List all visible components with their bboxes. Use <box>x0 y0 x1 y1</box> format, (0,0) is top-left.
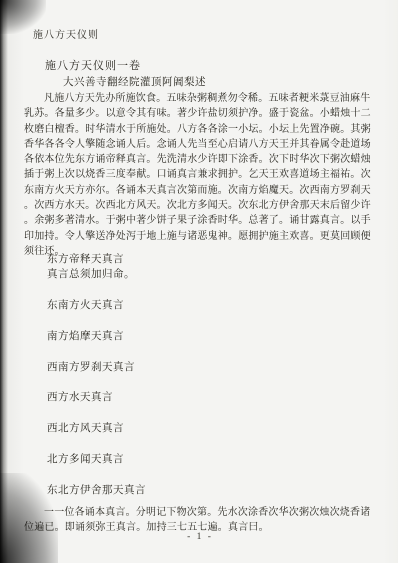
text-line: 乳苏。各量多少。以意令其有味。著少许盐切须护净。盛于瓷盆。小蜡烛十二 <box>24 106 376 121</box>
text-line: 香华各各令人擎随念诵人后。念诵人先当至心启请八方天王并其眷属令赴道场 <box>24 137 376 152</box>
mantra-heading: 北方多闻天真言 <box>47 452 146 467</box>
mantra-heading: 东南方火天真言 <box>47 298 146 313</box>
paragraph-ritual-instructions: 凡施八方天先办所施饮食。五味杂粥稠煮勿令稀。五味者粳米菉豆油麻牛乳苏。各量多少。… <box>24 91 376 259</box>
text-line: 东方帝释天真言 <box>47 252 135 267</box>
text-line: 各依本位先东方诵帝释真言。先洗清水少许即下涂香。次下时华次下粥次蜡烛 <box>24 152 376 167</box>
document-title: 施八方天仪则一卷 <box>45 57 141 73</box>
text-line: 一一位各诵本真言。分明记下物次第。先水次涂香次华次粥次烛次烧香诸 <box>24 505 376 520</box>
text-line: 东南方火天方亦尔。各诵本天真言次第而施。次南方焰魔天。次西南方罗刹天 <box>24 183 376 198</box>
mantra-heading: 西北方风天真言 <box>47 421 146 436</box>
scan-shadow-bottom-left <box>0 473 58 563</box>
text-line: 凡施八方天先办所施饮食。五味杂粥稠煮勿令稀。五味者粳米菉豆油麻牛 <box>24 91 376 106</box>
text-line: 插于粥上次以烧香三度奉献。口诵真言兼求拥护。乞天王欢喜道场主福祐。次 <box>24 167 376 182</box>
page-number: - 1 - <box>24 532 376 542</box>
text-line: 。余粥多著清水。于粥中著少饼子果子涂香时华。总著了。诵甘露真言。以手 <box>24 213 376 228</box>
mantra-heading: 东北方伊舍那天真言 <box>47 483 146 498</box>
text-line: 枚磨白檀香。时华清水于所施处。八方各各涂一小坛。小坛上先置净碗。其粥 <box>24 122 376 137</box>
mantra-heading: 西方水天真言 <box>47 390 146 405</box>
mantra-intro-block: 东方帝释天真言真言总须加归命。 <box>47 252 135 283</box>
mantra-heading: 南方焰摩天真言 <box>47 329 146 344</box>
scan-shadow-top-left <box>0 0 46 34</box>
mantra-heading-list: 东南方火天真言南方焰摩天真言西南方罗刹天真言西方水天真言西北方风天真言北方多闻天… <box>47 298 146 498</box>
author-line: 大兴善寺翻经院灌顶阿阇梨述 <box>63 74 206 89</box>
text-line: 印加持。令人擎送净处泻于地上施与诸恶鬼神。愿拥护施主欢喜。更莫回顾便 <box>24 229 376 244</box>
scanned-page: 施八方天仪则 施八方天仪则一卷 大兴善寺翻经院灌顶阿阇梨述 凡施八方天先办所施饮… <box>0 0 398 563</box>
mantra-heading: 西南方罗刹天真言 <box>47 360 146 375</box>
paragraph-closing-instructions: 一一位各诵本真言。分明记下物次第。先水次涂香次华次粥次烛次烧香诸位遍已。即诵须弥… <box>24 505 376 536</box>
text-line: 真言总须加归命。 <box>47 267 135 282</box>
text-line: 。次西方水天。次西北方风天。次北方多闻天。次东北方伊舍那天末后留少许 <box>24 198 376 213</box>
